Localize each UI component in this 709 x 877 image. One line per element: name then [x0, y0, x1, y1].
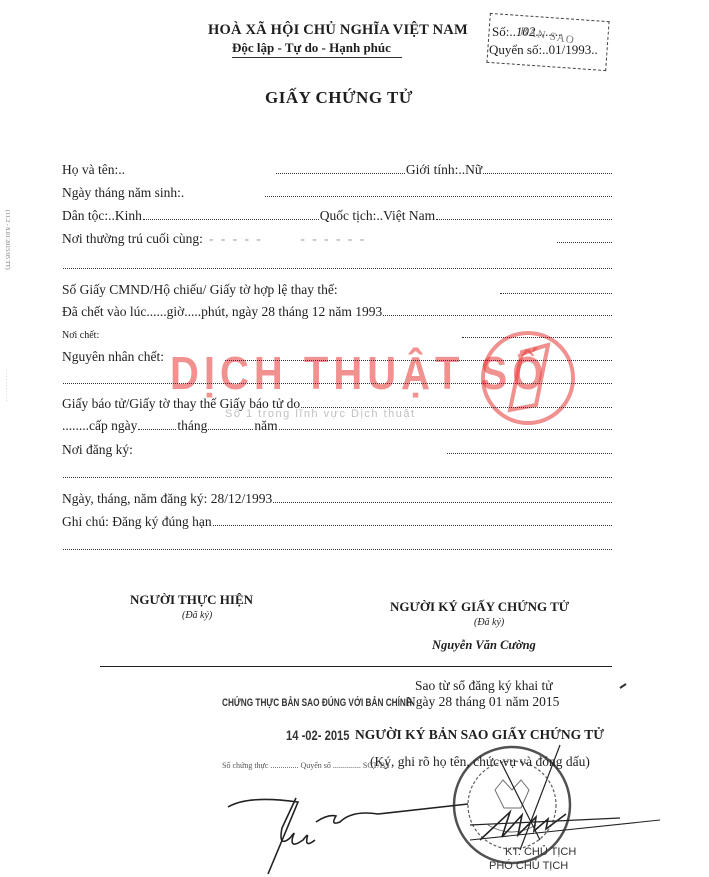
- margin-code: (11.2 - 8.01 2015/05 TT): [4, 210, 10, 270]
- field-death-cause: Nguyên nhân chết:: [62, 347, 613, 367]
- copy-date: Ngày 28 tháng 01 năm 2015: [406, 694, 559, 710]
- field-last-residence-cont: [62, 255, 613, 275]
- signer-name: Nguyễn Văn Cường: [432, 638, 536, 653]
- field-ethnicity-nationality: Dân tộc:.. Kinh Quốc tịch:.. Việt Nam: [62, 206, 613, 226]
- motto-underline: [232, 57, 402, 58]
- field-death-notice-date: ........ cấp ngày tháng năm: [62, 416, 613, 436]
- field-id-document: Số Giấy CMND/Hộ chiếu/ Giấy tờ hợp lệ th…: [62, 280, 613, 300]
- signer-status: (Đã ký): [474, 617, 504, 628]
- mark: [620, 684, 626, 688]
- certification-date: 14 -02- 2015: [286, 727, 350, 743]
- overlay-graphics: [0, 0, 709, 877]
- gender-value: Nữ: [465, 160, 482, 180]
- field-registry-date: Ngày, tháng, năm đăng ký: 28/12/1993: [62, 489, 613, 509]
- book-number: Quyển số:..01/1993..: [489, 42, 598, 58]
- margin-marks: . . . . . . . . . . .: [4, 370, 10, 402]
- position-2: PHÓ CHỦ TỊCH: [489, 860, 568, 872]
- field-note-cont: [62, 536, 613, 556]
- divider: [100, 666, 612, 667]
- performer-status: (Đã ký): [182, 610, 212, 621]
- field-registry-place-cont: [62, 464, 613, 484]
- copy-signer-title: NGƯỜI KÝ BẢN SAO GIẤY CHỨNG TỬ: [355, 727, 604, 743]
- field-last-residence: Nơi thường trú cuối cùng: - - - - - - - …: [62, 229, 613, 249]
- copy-source: Sao từ sổ đăng ký khai tử: [415, 678, 553, 694]
- signer-title: NGƯỜI KÝ GIẤY CHỨNG TỬ: [390, 599, 569, 615]
- copy-signer-note: (Ký, ghi rõ họ tên, chức vụ và đóng dấu): [370, 754, 590, 770]
- field-dob: Ngày tháng năm sinh:.: [62, 183, 613, 203]
- certification-stamp: CHỨNG THỰC BẢN SAO ĐÚNG VỚI BẢN CHÍNH: [222, 697, 412, 709]
- performer-title: NGƯỜI THỰC HIỆN: [130, 592, 253, 608]
- field-death-notice: Giấy báo tử/Giấy tờ thay thế Giấy báo tử…: [62, 394, 613, 414]
- field-death-place: Nơi chết:: [62, 324, 613, 344]
- field-death-time: Đã chết vào lúc......giờ.....phút, ngày …: [62, 302, 613, 322]
- certification-number: Số chứng thực .............. Quyển số ..…: [222, 761, 390, 770]
- signature-left: [228, 798, 468, 874]
- ethnicity-value: Kinh: [115, 206, 142, 226]
- field-note: Ghi chú: Đăng ký đúng hạn: [62, 512, 613, 532]
- document-title: GIẤY CHỨNG TỬ: [265, 88, 413, 108]
- position-1: KT. CHỦ TỊCH: [505, 846, 576, 858]
- field-death-cause-cont: [62, 370, 613, 390]
- nationality-value: Việt Nam: [383, 206, 435, 226]
- field-full-name: Họ và tên:.. Giới tính:.. Nữ: [62, 160, 613, 180]
- motto: Độc lập - Tự do - Hạnh phúc: [232, 40, 391, 56]
- country-header: HOÀ XÃ HỘI CHỦ NGHĨA VIỆT NAM: [208, 22, 468, 39]
- field-registry-place: Nơi đăng ký:: [62, 440, 613, 460]
